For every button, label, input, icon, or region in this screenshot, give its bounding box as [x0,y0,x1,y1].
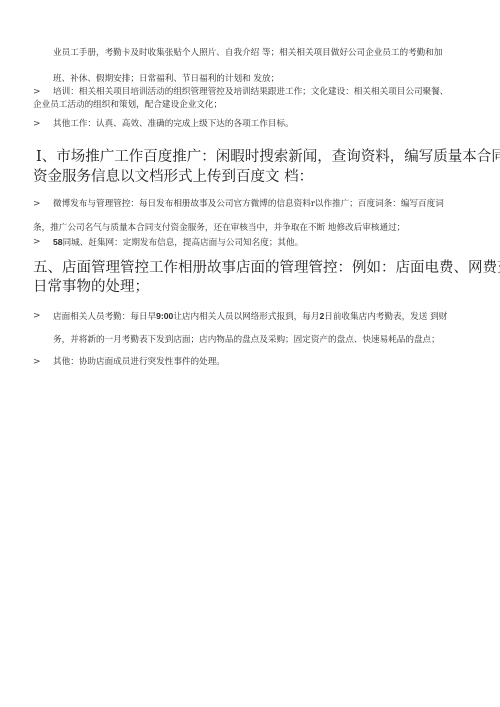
attendance-item-line-2: 务，并将新的一月考勤表下发到店面；店内物品的盘点及采购；固定资产的盘点、快速易耗… [53,334,440,346]
attendance-text-a: 店面相关人员考勤：每日早 [53,312,156,322]
bullet-arrow-icon: > [33,356,41,368]
marketing-heading-line-2: 资金服务信息以文档形式上传到百度文 档： [33,168,313,186]
bullet-arrow-icon: > [33,198,41,210]
store-heading-line-2: 日常事物的处理； [33,278,149,296]
weibo-item-line-2: 条，推广公司名气与质量本合同支付资金服务，还在审核当中，并争取在不断 地修改后审… [33,222,405,234]
bullet-arrow-icon: > [33,118,41,130]
hr-paragraph-line-2: 班、补休、假期安排；日常福利、节日福利的计划和 发放； [53,73,279,85]
city-site-item: 58同城、赶集网：定期发布信息，提高店面与公司知名度；其他。 [53,236,303,249]
other-work-item: 其他工作：认真、高效、准确的完成上级下达的各项工作目标。 [53,118,294,130]
city-site-text: 同城、赶集网：定期发布信息，提高店面与公司知名度；其他。 [63,238,304,248]
bullet-arrow-icon: > [33,236,41,248]
attendance-item-line-1: 店面相关人员考勤：每日早9:00让店内相关人员以网络形式报到，每月2日前收集店内… [53,310,447,323]
attendance-time: 9:00 [156,311,173,321]
bullet-arrow-icon: > [33,310,41,322]
attendance-text-b: 让店内相关人员以网络形式报到，每月 [173,312,319,322]
marketing-heading-line-1: Ⅰ、市场推广工作百度推广：闲暇时搜索新闻，查询资料，编写质量本合同支付 [36,148,500,166]
attendance-text-c: 日前收集店内考勤表，发送 到财 [324,312,447,322]
training-item-line-2: 企业员工活动的组织和策划，配合建设企业文化； [33,99,222,111]
store-other-item: 其他：协助店面成员进行突发性事件的处理。 [53,356,225,368]
weibo-item-line-1: 微博发布与管理管控：每日发布相册故事及公司官方微博的信息资料r以作推广；百度词条… [53,198,444,210]
bullet-arrow-icon: > [33,86,41,98]
hr-paragraph-line-1: 业员工手册，考勤卡及时收集张贴个人照片、自我介绍 等；相关相关项目做好公司企业员… [53,47,442,59]
training-item-line-1: 培训：相关相关项目培训活动的组织管理管控及培训结果跟进工作；文化建设：相关相关项… [53,86,448,98]
city-site-number: 58 [53,237,63,247]
store-heading-line-1: 五、店面管理管控工作相册故事店面的管理管控：例如：店面电费、网费充缴等 [33,259,500,277]
